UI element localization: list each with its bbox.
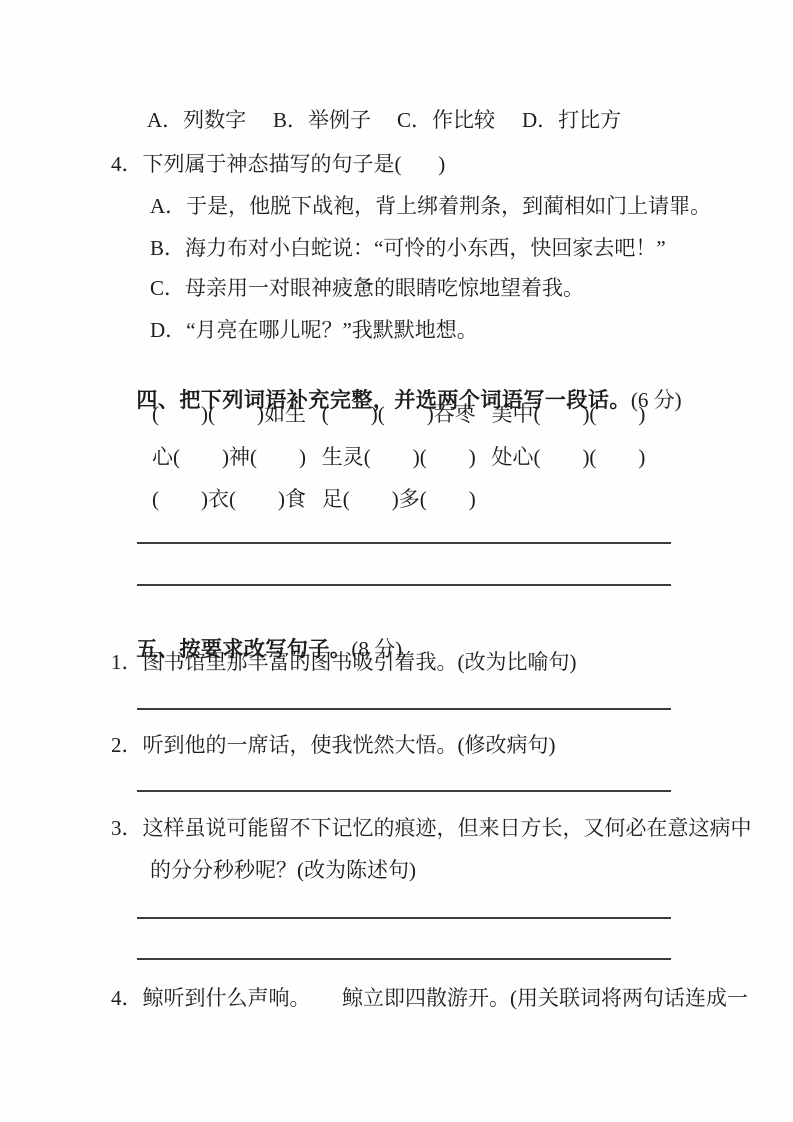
exam-worksheet-page: A．列数字 B．举例子 C．作比较 D．打比方 4．下列属于神态描写的句子是( … [0, 0, 793, 1122]
word-row-3: ( )衣( )食 足( )多( ) [152, 485, 476, 513]
choice-option-d: D．打比方 [522, 106, 621, 134]
question4-option-d: D．“月亮在哪儿呢？”我默默地想。 [150, 316, 478, 344]
rewrite-item-4: 4．鲸听到什么声响。 鲸立即四散游开。(用关联词将两句话连成一 [111, 984, 748, 1012]
question4-stem: 4．下列属于神态描写的句子是( ) [111, 150, 445, 178]
word-row-2: 心( )神( ) 生灵( )( ) 处心( )( ) [152, 443, 645, 471]
answer-blank-line [137, 542, 671, 544]
question4-option-c: C．母亲用一对眼神疲惫的眼睛吃惊地望着我。 [150, 274, 584, 302]
word-row-1: ( )( )如生 ( )( )吞枣 美中( )( ) [152, 400, 645, 428]
choice-option-c: C．作比较 [397, 106, 495, 134]
rewrite-item-3-line-1: 3．这样虽说可能留不下记忆的痕迹，但来日方长，又何必在意这病中 [111, 814, 752, 842]
answer-blank-line [137, 584, 671, 586]
answer-blank-line [137, 708, 671, 710]
question4-option-a: A．于是，他脱下战袍，背上绑着荆条，到蔺相如门上请罪。 [150, 192, 711, 220]
question4-option-b: B．海力布对小白蛇说：“可怜的小东西，快回家去吧！” [150, 234, 666, 262]
rewrite-item-1: 1．图书馆里那丰富的图书吸引着我。(改为比喻句) [111, 648, 577, 676]
answer-blank-line [137, 958, 671, 960]
answer-blank-line [137, 790, 671, 792]
rewrite-item-3-line-2: 的分分秒秒呢？(改为陈述句) [150, 856, 416, 884]
answer-blank-line [137, 917, 671, 919]
choice-option-a: A．列数字 [147, 106, 246, 134]
rewrite-item-2: 2．听到他的一席话，使我恍然大悟。(修改病句) [111, 731, 556, 759]
choice-option-b: B．举例子 [273, 106, 371, 134]
